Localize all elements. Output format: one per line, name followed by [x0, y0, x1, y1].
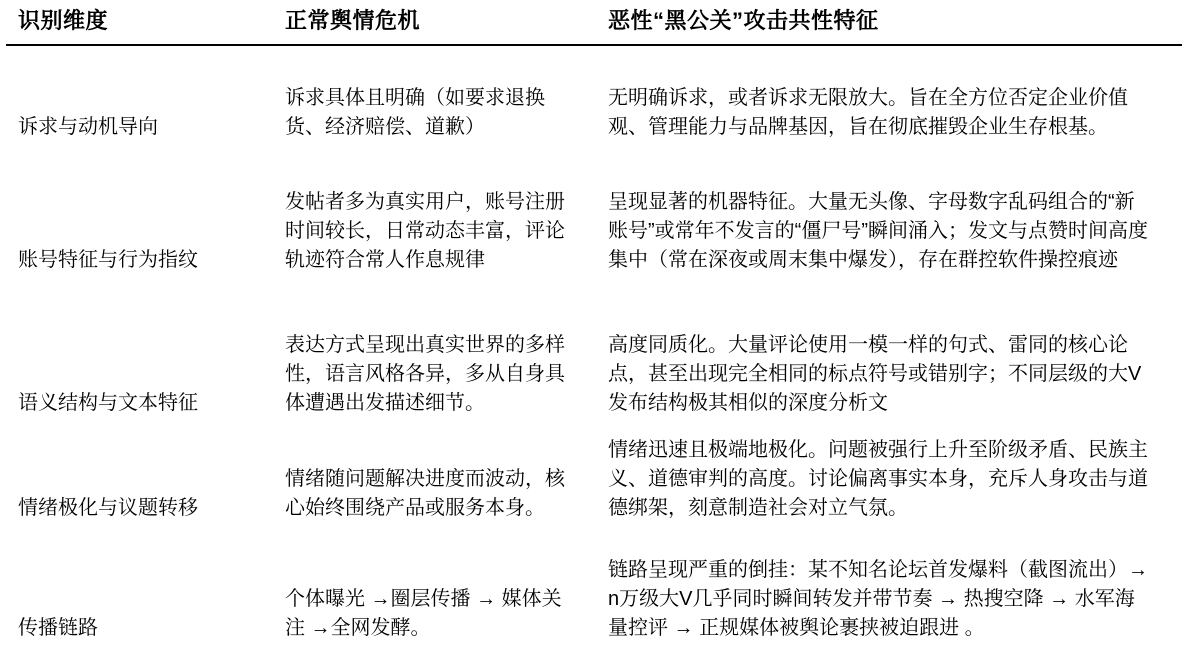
- column-header-dimension: 识别维度: [6, 0, 285, 45]
- table-header-row: 识别维度 正常舆情危机 恶性“黑公关”攻击共性特征: [6, 0, 1182, 45]
- table-row: 账号特征与行为指纹 发帖者多为真实用户，账号注册时间较长，日常动态丰富，评论轨迹…: [6, 160, 1182, 293]
- malicious-attack-cell: 情绪迅速且极端地极化。问题被强行上升至阶级矛盾、民族主义、道德审判的高度。讨论偏…: [608, 436, 1182, 541]
- malicious-attack-cell: 高度同质化。大量评论使用一模一样的句式、雷同的核心论点，甚至出现完全相同的标点符…: [608, 293, 1182, 436]
- row-label: 语义结构与文本特征: [6, 293, 285, 436]
- malicious-attack-cell: 链路呈现严重的倒挂：某不知名论坛首发爆料（截图流出）→n万级大V几乎同时瞬间转发…: [608, 541, 1182, 661]
- row-label: 情绪极化与议题转移: [6, 436, 285, 541]
- column-header-normal-crisis: 正常舆情危机: [285, 0, 608, 45]
- table-row: 语义结构与文本特征 表达方式呈现出真实世界的多样性，语言风格各异，多从自身具体遭…: [6, 293, 1182, 436]
- table-row: 诉求与动机导向 诉求具体且明确（如要求退换货、经济赔偿、道歉） 无明确诉求，或者…: [6, 45, 1182, 160]
- row-label: 账号特征与行为指纹: [6, 160, 285, 293]
- normal-crisis-cell: 个体曝光 →圈层传播 → 媒体关注 →全网发酵。: [285, 541, 608, 661]
- normal-crisis-cell: 情绪随问题解决进度而波动，核心始终围绕产品或服务本身。: [285, 436, 608, 541]
- normal-crisis-cell: 诉求具体且明确（如要求退换货、经济赔偿、道歉）: [285, 45, 608, 160]
- malicious-attack-cell: 呈现显著的机器特征。大量无头像、字母数字乱码组合的“新账号”或常年不发言的“僵尸…: [608, 160, 1182, 293]
- table-row: 情绪极化与议题转移 情绪随问题解决进度而波动，核心始终围绕产品或服务本身。 情绪…: [6, 436, 1182, 541]
- comparison-table: 识别维度 正常舆情危机 恶性“黑公关”攻击共性特征 诉求与动机导向 诉求具体且明…: [6, 0, 1182, 661]
- row-label: 诉求与动机导向: [6, 45, 285, 160]
- table-row: 传播链路 个体曝光 →圈层传播 → 媒体关注 →全网发酵。 链路呈现严重的倒挂：…: [6, 541, 1182, 661]
- column-header-malicious-attack: 恶性“黑公关”攻击共性特征: [608, 0, 1182, 45]
- row-label: 传播链路: [6, 541, 285, 661]
- normal-crisis-cell: 发帖者多为真实用户，账号注册时间较长，日常动态丰富，评论轨迹符合常人作息规律: [285, 160, 608, 293]
- malicious-attack-cell: 无明确诉求，或者诉求无限放大。旨在全方位否定企业价值观、管理能力与品牌基因，旨在…: [608, 45, 1182, 160]
- normal-crisis-cell: 表达方式呈现出真实世界的多样性，语言风格各异，多从自身具体遭遇出发描述细节。: [285, 293, 608, 436]
